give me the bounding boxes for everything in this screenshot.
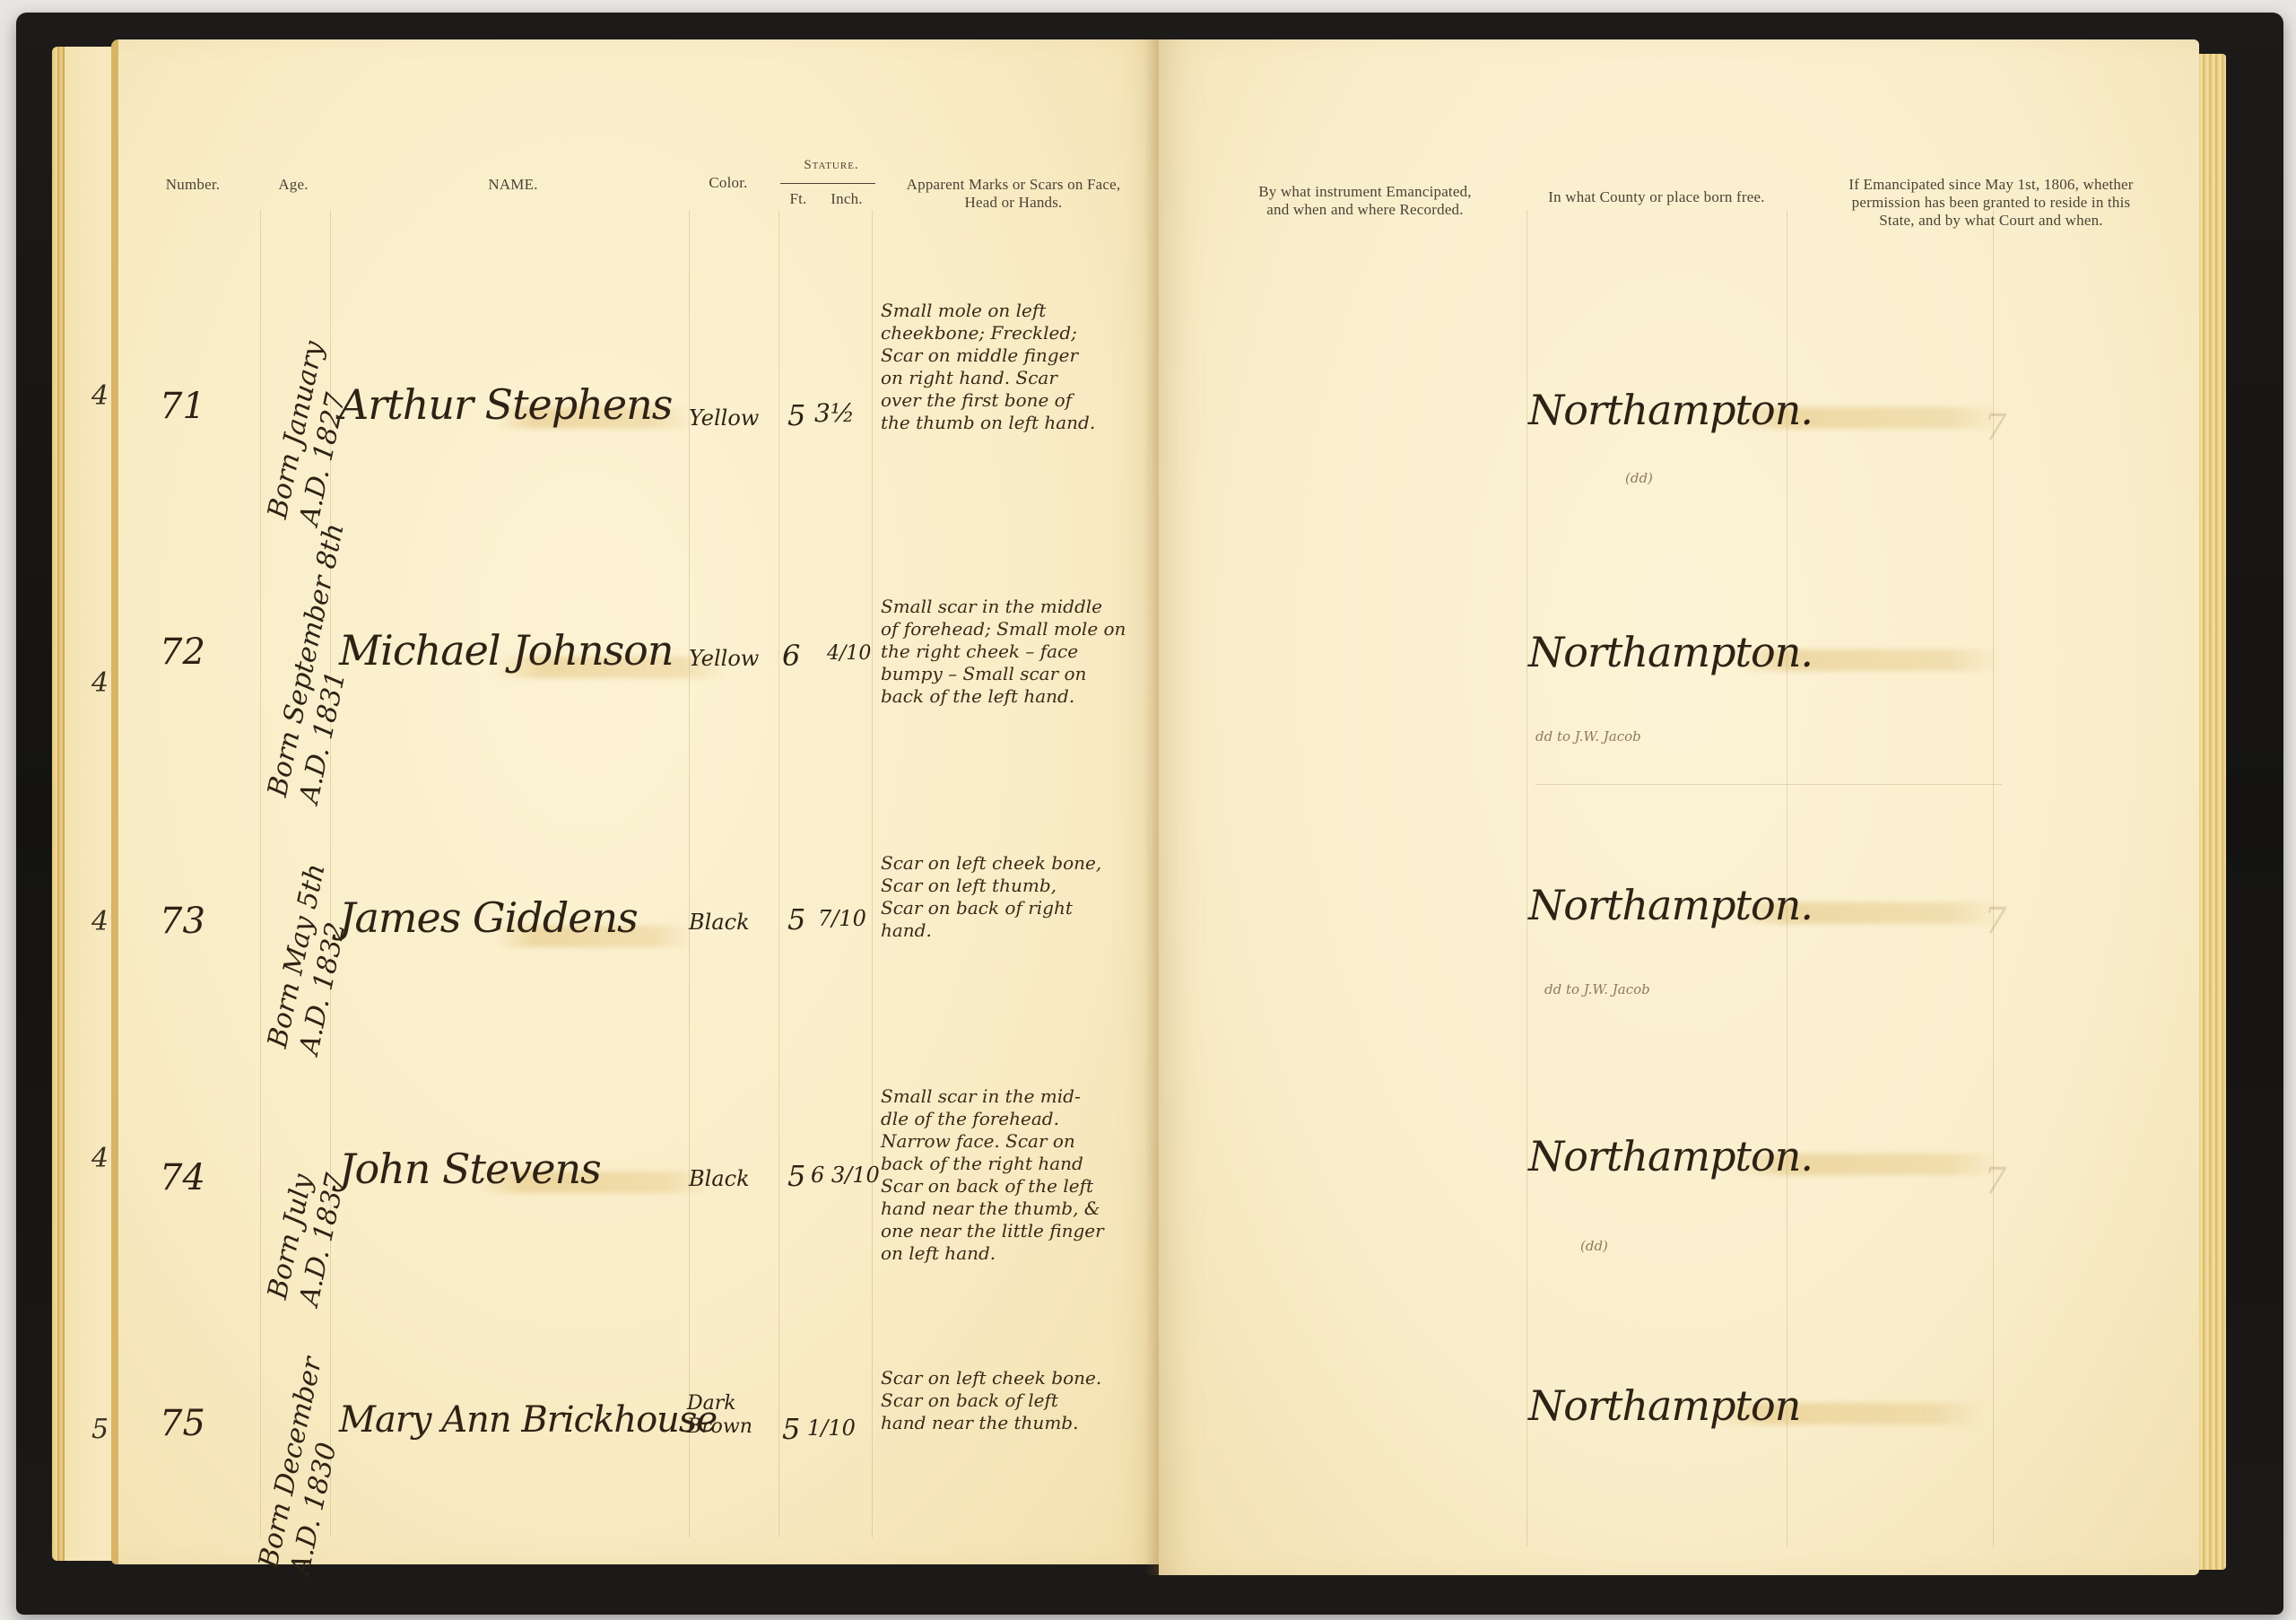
margin-number: 4 bbox=[91, 667, 109, 699]
entry-note: (dd) bbox=[1580, 1238, 1608, 1254]
rule-line bbox=[872, 210, 873, 1537]
entry-color: Black bbox=[689, 910, 750, 935]
header-color: Color. bbox=[683, 174, 773, 192]
entry-inch: 3½ bbox=[814, 398, 855, 428]
header-age: Age. bbox=[262, 176, 325, 194]
rule-line bbox=[778, 210, 779, 1537]
entry-number: 75 bbox=[160, 1403, 205, 1444]
entry-marks: Scar on left cheek bone, Scar on left th… bbox=[881, 852, 1150, 942]
entry-name: Michael Johnson bbox=[339, 626, 674, 675]
entry-inch: 7/10 bbox=[818, 906, 866, 931]
header-number: Number. bbox=[143, 176, 242, 194]
margin-number: 4 bbox=[91, 380, 109, 412]
entry-color: Yellow bbox=[689, 405, 759, 431]
entry-birth: Born December A.D. 1830 bbox=[253, 1354, 361, 1578]
entry-feet: 6 bbox=[782, 639, 800, 673]
entry-number: 74 bbox=[160, 1157, 205, 1198]
rule-line bbox=[1535, 784, 2002, 785]
entry-county: Northampton. bbox=[1528, 628, 1813, 676]
entry-marks: Scar on left cheek bone. Scar on back of… bbox=[881, 1367, 1150, 1434]
entry-feet: 5 bbox=[782, 1412, 800, 1446]
entry-county: Northampton bbox=[1528, 1381, 1800, 1430]
entry-birth: Born January A.D. 1827 bbox=[262, 338, 362, 528]
margin-number: 5 bbox=[91, 1414, 109, 1445]
header-permission: If Emancipated since May 1st, 1806, whet… bbox=[1803, 176, 2179, 230]
header-marks: Apparent Marks or Scars on Face, Head or… bbox=[879, 176, 1148, 212]
entry-name: Arthur Stephens bbox=[339, 380, 672, 429]
entry-inch: 6 3/10 bbox=[811, 1163, 880, 1188]
rule-line bbox=[260, 210, 261, 1537]
right-page: By what instrument Emancipated, and when… bbox=[1159, 39, 2199, 1575]
entry-inch: 1/10 bbox=[807, 1415, 856, 1441]
header-name: NAME. bbox=[459, 176, 567, 194]
entry-marks: Small mole on left cheekbone; Freckled; … bbox=[881, 300, 1150, 434]
entry-name: James Giddens bbox=[339, 893, 638, 942]
entry-marks: Small scar in the mid- dle of the forehe… bbox=[881, 1085, 1150, 1265]
entry-feet: 5 bbox=[787, 398, 805, 432]
header-instrument: By what instrument Emancipated, and when… bbox=[1213, 183, 1518, 219]
entry-color: Black bbox=[689, 1166, 750, 1191]
entry-number: 73 bbox=[160, 901, 205, 942]
entry-color: Dark Brown bbox=[687, 1392, 752, 1439]
entry-feet: 5 bbox=[787, 902, 805, 936]
rule-line bbox=[1526, 210, 1527, 1546]
entry-name: John Stevens bbox=[339, 1145, 601, 1193]
margin-number: 4 bbox=[91, 1143, 109, 1174]
gilt-edge bbox=[57, 47, 65, 1561]
entry-color: Yellow bbox=[689, 646, 759, 671]
header-feet: Ft. bbox=[780, 190, 816, 208]
entry-inch: 4/10 bbox=[827, 642, 871, 665]
entry-name: Mary Ann Brickhouse bbox=[339, 1399, 717, 1441]
left-page: Number. Age. NAME. Color. Stature. Ft. I… bbox=[111, 39, 1159, 1564]
entry-county: Northampton. bbox=[1528, 881, 1813, 929]
entry-number: 72 bbox=[160, 631, 205, 673]
header-county: In what County or place born free. bbox=[1526, 188, 1787, 206]
entry-feet: 5 bbox=[787, 1159, 805, 1193]
entry-marks: Small scar in the middle of forehead; Sm… bbox=[881, 596, 1150, 708]
entry-number: 71 bbox=[160, 386, 205, 427]
entry-note: dd to J.W. Jacob bbox=[1535, 728, 1641, 745]
entry-county: Northampton. bbox=[1528, 1132, 1813, 1180]
entry-county: Northampton. bbox=[1528, 386, 1813, 434]
header-stature: Stature. bbox=[782, 156, 881, 174]
stature-rule bbox=[780, 183, 875, 184]
page-stack-edge bbox=[2199, 54, 2226, 1570]
entry-birth: Born May 5th A.D. 1832 bbox=[262, 861, 364, 1058]
header-inch: Inch. bbox=[822, 190, 872, 208]
entry-note: (dd) bbox=[1625, 470, 1653, 486]
margin-number: 4 bbox=[91, 906, 109, 937]
entry-note: dd to J.W. Jacob bbox=[1544, 981, 1650, 997]
